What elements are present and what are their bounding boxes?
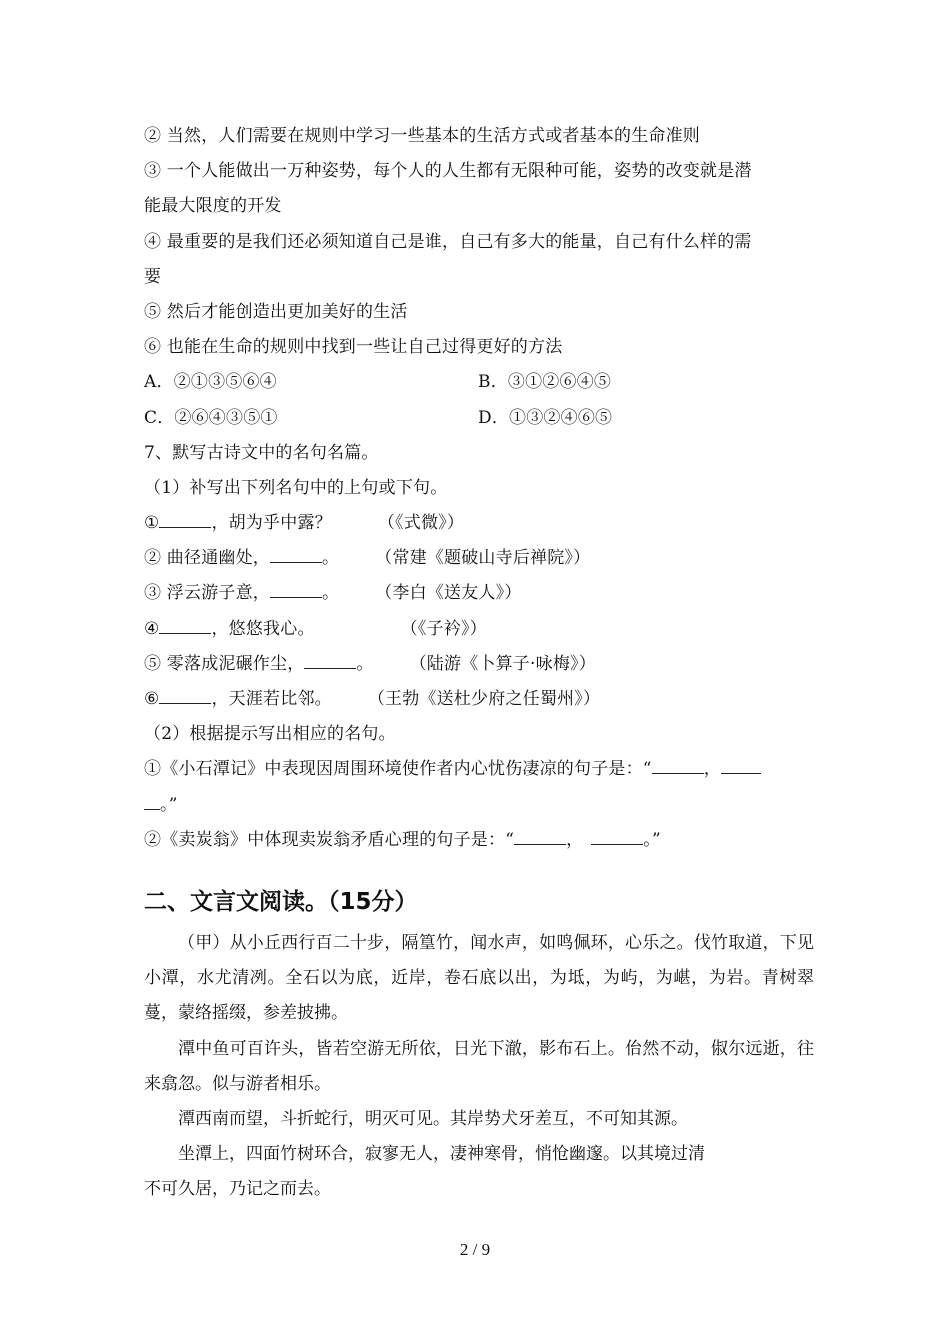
item-prefix: ② 曲径通幽处， bbox=[144, 548, 270, 568]
section-heading: 二、文言文阅读。（15分） bbox=[144, 882, 814, 922]
answer-blank[interactable] bbox=[721, 759, 761, 774]
fill-item-6: ⑥，天涯若比邻。（王勃《送杜少府之任蜀州》） bbox=[144, 682, 814, 717]
option-c[interactable]: C．②⑥④③⑤① bbox=[144, 401, 478, 436]
item-prefix: ①《小石潭记》中表现因周围环境使作者内心忧伤凄凉的句子是：“ bbox=[144, 759, 652, 779]
fill-item-1: ①，胡为乎中露？（《式微》） bbox=[144, 506, 814, 541]
item-source: （《式微》） bbox=[378, 506, 464, 541]
answer-blank[interactable] bbox=[514, 830, 566, 845]
options-row-ab: A．②①③⑤⑥④ B．③①②⑥④⑤ bbox=[144, 365, 814, 400]
item-prefix: ④ bbox=[144, 619, 159, 639]
item-prefix: ⑥ bbox=[144, 689, 159, 709]
answer-blank[interactable] bbox=[270, 548, 322, 563]
options-row-cd: C．②⑥④③⑤① D．①③②④⑥⑤ bbox=[144, 401, 814, 436]
item-prefix: ③ 浮云游子意， bbox=[144, 583, 270, 603]
page-number: 2 / 9 bbox=[0, 1240, 950, 1260]
item-prefix: ②《卖炭翁》中体现卖炭翁矛盾心理的句子是：“ bbox=[144, 830, 514, 850]
item-text: ，天涯若比邻。 bbox=[211, 689, 331, 709]
item-text: 。 bbox=[322, 548, 339, 568]
option-a[interactable]: A．②①③⑤⑥④ bbox=[144, 365, 478, 400]
answer-blank[interactable] bbox=[159, 689, 211, 704]
item-source: （王勃《送杜少府之任蜀州》） bbox=[368, 682, 600, 717]
passage-paragraph-3: 潭西南而望，斗折蛇行，明灭可见。其岸势犬牙差互，不可知其源。 bbox=[144, 1102, 814, 1137]
item-separator: ， bbox=[566, 830, 583, 850]
fill-item-5: ⑤ 零落成泥碾作尘，。（陆游《卜算子·咏梅》） bbox=[144, 647, 814, 682]
option-b[interactable]: B．③①②⑥④⑤ bbox=[478, 365, 812, 400]
statement-2: ② 当然，人们需要在规则中学习一些基本的生活方式或者基本的生命准则 bbox=[144, 119, 814, 154]
statement-4: ④ 最重要的是我们还必须知道自己是谁，自己有多大的能量，自己有什么样的需 bbox=[144, 225, 814, 260]
answer-blank[interactable] bbox=[304, 654, 356, 669]
fill-item-2: ② 曲径通幽处，。（常建《题破山寺后禅院》） bbox=[144, 541, 814, 576]
part2-item-2: ②《卖炭翁》中体现卖炭翁矛盾心理的句子是：“，。” bbox=[144, 823, 814, 858]
item-source: （陆游《卜算子·咏梅》） bbox=[410, 647, 596, 682]
question-7-title: 7、默写古诗文中的名句名篇。 bbox=[144, 436, 814, 471]
item-source: （常建《题破山寺后禅院》） bbox=[375, 541, 590, 576]
answer-blank[interactable] bbox=[591, 830, 643, 845]
answer-blank[interactable] bbox=[270, 583, 322, 598]
passage-paragraph-2: 潭中鱼可百许头，皆若空游无所依，日光下澈，影布石上。佁然不动，俶尔远逝，往来翕忽… bbox=[144, 1032, 814, 1102]
passage-paragraph-4: 坐潭上，四面竹树环合，寂寥无人，凄神寒骨，悄怆幽邃。以其境过清 bbox=[144, 1137, 814, 1172]
statement-5: ⑤ 然后才能创造出更加美好的生活 bbox=[144, 295, 814, 330]
part2-item-1: ①《小石潭记》中表现因周围环境使作者内心忧伤凄凉的句子是：“， bbox=[144, 752, 814, 787]
item-source: （李白《送友人》） bbox=[375, 576, 521, 611]
item-prefix: ⑤ 零落成泥碾作尘， bbox=[144, 654, 304, 674]
item-text: ，悠悠我心。 bbox=[211, 619, 314, 639]
answer-blank[interactable] bbox=[159, 619, 211, 634]
item-separator: ， bbox=[704, 759, 721, 779]
document-page: ② 当然，人们需要在规则中学习一些基本的生活方式或者基本的生命准则 ③ 一个人能… bbox=[0, 0, 950, 1344]
item-source: （《子衿》） bbox=[401, 612, 487, 647]
item-prefix: ① bbox=[144, 513, 159, 533]
statement-4-cont: 要 bbox=[144, 260, 814, 295]
question-7-part1-title: （1）补写出下列名句中的上句或下句。 bbox=[144, 471, 814, 506]
fill-item-3: ③ 浮云游子意，。（李白《送友人》） bbox=[144, 576, 814, 611]
page-content: ② 当然，人们需要在规则中学习一些基本的生活方式或者基本的生命准则 ③ 一个人能… bbox=[144, 119, 814, 1208]
statement-6: ⑥ 也能在生命的规则中找到一些让自己过得更好的方法 bbox=[144, 330, 814, 365]
statement-3: ③ 一个人能做出一万种姿势，每个人的人生都有无限种可能，姿势的改变就是潜 bbox=[144, 154, 814, 189]
option-d[interactable]: D．①③②④⑥⑤ bbox=[478, 401, 812, 436]
item-text: 。 bbox=[356, 654, 373, 674]
item-end: 。” bbox=[643, 830, 661, 850]
passage-paragraph-1: （甲）从小丘西行百二十步，隔篁竹，闻水声，如鸣佩环，心乐之。伐竹取道，下见小潭，… bbox=[144, 926, 814, 1032]
item-end: 。” bbox=[160, 795, 178, 815]
item-text: ，胡为乎中露？ bbox=[211, 513, 331, 533]
part2-item-1-cont: 。” bbox=[144, 788, 814, 823]
item-text: 。 bbox=[322, 583, 339, 603]
fill-item-4: ④，悠悠我心。（《子衿》） bbox=[144, 612, 814, 647]
answer-blank[interactable] bbox=[159, 513, 211, 528]
question-7-part2-title: （2）根据提示写出相应的名句。 bbox=[144, 717, 814, 752]
passage-paragraph-4-cont: 不可久居，乃记之而去。 bbox=[144, 1172, 814, 1207]
statement-3-cont: 能最大限度的开发 bbox=[144, 189, 814, 224]
answer-blank[interactable] bbox=[144, 795, 160, 810]
answer-blank[interactable] bbox=[652, 759, 704, 774]
